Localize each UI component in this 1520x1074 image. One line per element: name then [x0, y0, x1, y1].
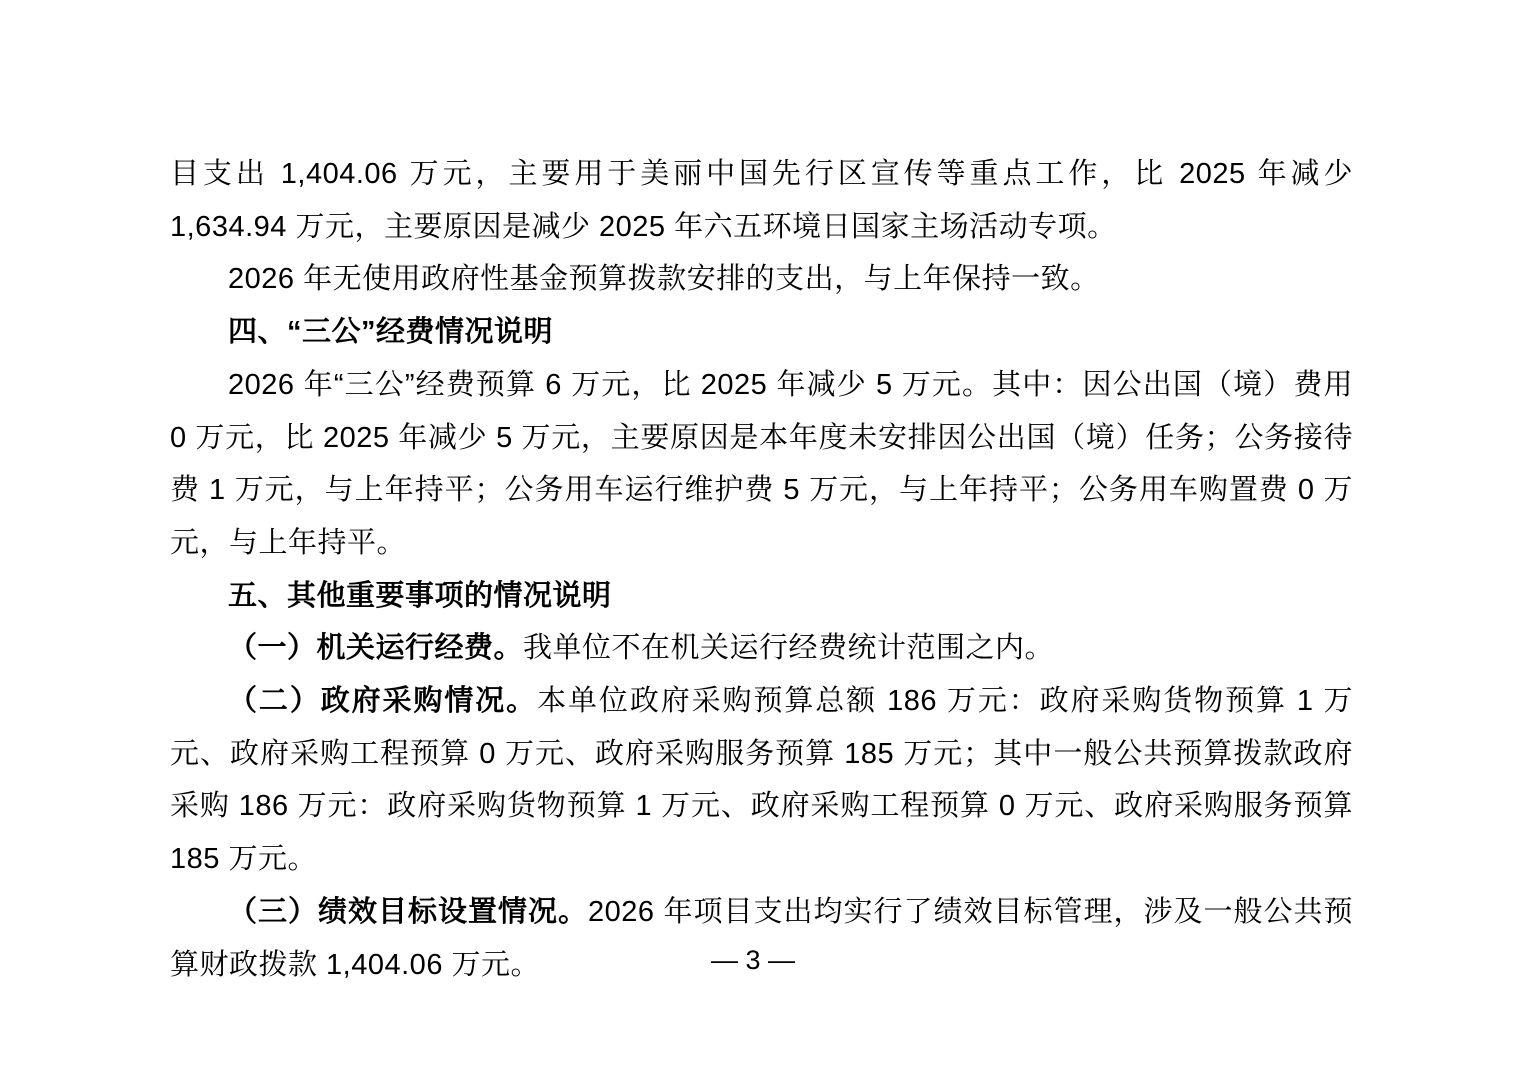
- page-number: — 3 —: [0, 934, 1506, 987]
- paragraph-project-expenditure-continuation: 目支出 1,404.06 万元，主要用于美丽中国先行区宣传等重点工作，比 202…: [170, 148, 1353, 253]
- paragraph-lead-government-procurement: （二）政府采购情况。: [228, 685, 537, 717]
- paragraph-three-public-expenses-detail: 2026 年“三公”经费预算 6 万元，比 2025 年减少 5 万元。其中：因…: [170, 359, 1353, 570]
- document-page: 目支出 1,404.06 万元，主要用于美丽中国先行区宣传等重点工作，比 202…: [0, 0, 1520, 1074]
- paragraph-agency-operating-funds: （一）机关运行经费。我单位不在机关运行经费统计范围之内。: [170, 622, 1353, 675]
- section-heading-other-important-matters: 五、其他重要事项的情况说明: [170, 570, 1353, 623]
- section-heading-three-public-expenses: 四、“三公”经费情况说明: [170, 306, 1353, 359]
- paragraph-government-procurement: （二）政府采购情况。本单位政府采购预算总额 186 万元：政府采购货物预算 1 …: [170, 675, 1353, 886]
- document-content: 目支出 1,404.06 万元，主要用于美丽中国先行区宣传等重点工作，比 202…: [170, 148, 1353, 991]
- paragraph-text-agency-operating-funds: 我单位不在机关运行经费统计范围之内。: [523, 632, 1054, 664]
- paragraph-lead-performance-targets: （三）绩效目标设置情况。: [228, 896, 588, 928]
- paragraph-lead-agency-operating-funds: （一）机关运行经费。: [228, 632, 523, 664]
- paragraph-government-fund-budget: 2026 年无使用政府性基金预算拨款安排的支出，与上年保持一致。: [170, 253, 1353, 306]
